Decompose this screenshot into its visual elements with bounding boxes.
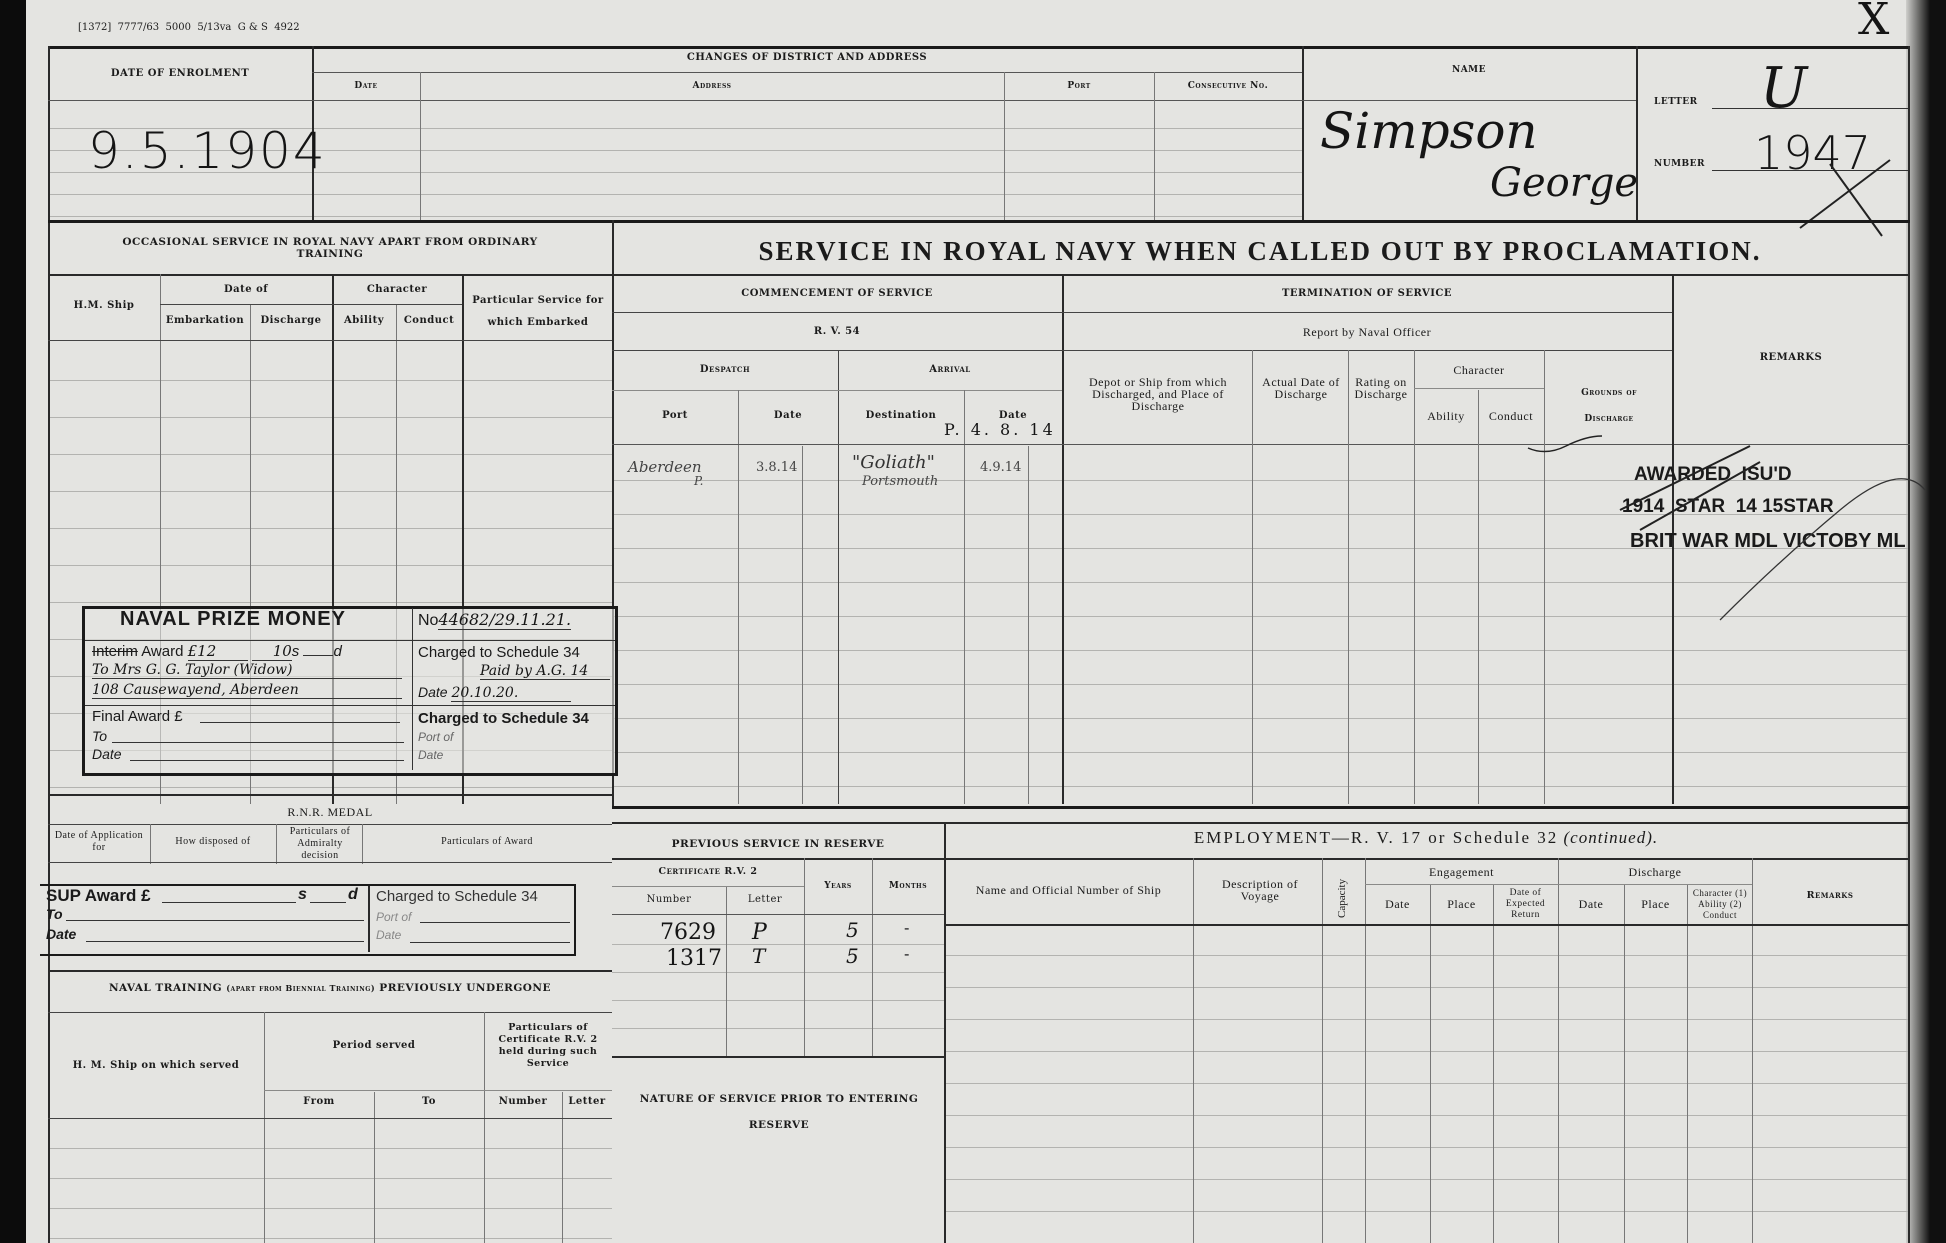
termination-title: TERMINATION OF SERVICE	[1062, 288, 1672, 300]
letter-value: U	[1760, 56, 1807, 121]
arrival-date: 4.9.14	[980, 460, 1021, 475]
prize-address-value: 108 Causewayend, Aberdeen	[92, 682, 402, 699]
sup-to-label: To	[46, 906, 63, 922]
naval-training-title: NAVAL TRAINING (apart from Biennial Trai…	[52, 982, 608, 994]
despatch-port-sub: P.	[694, 474, 703, 488]
sup-d-label: d	[348, 886, 358, 904]
prize-number: 44682/29.11.21.	[438, 610, 571, 630]
commencement-col-date: Date	[738, 410, 838, 422]
reserve-col-letter: Letter	[726, 894, 804, 906]
prize-to-value: To Mrs G. G. Taylor (Widow)	[92, 662, 402, 679]
charged-date-label: Date	[418, 684, 448, 700]
termination-col-rating: Rating on Discharge	[1350, 376, 1412, 400]
despatch-label: Despatch	[612, 364, 838, 376]
reserve-letter: P	[752, 920, 767, 945]
address-col-consecutive: Consecutive No.	[1154, 80, 1302, 92]
sup-charged-label: Charged to Schedule 34	[376, 888, 538, 905]
scan-edge-left	[0, 0, 26, 1243]
sup-award-label: SUP Award £	[46, 886, 151, 905]
cross-mark	[1790, 150, 1900, 240]
charged-date: 20.10.20.	[451, 685, 571, 702]
rnr-col-date: Date of Application for	[52, 830, 146, 854]
sup-date-label: Date	[46, 926, 76, 942]
commencement-title: COMMENCEMENT OF SERVICE	[612, 288, 1062, 300]
final-date-label-2: Date	[418, 748, 443, 762]
occ-col-ship: H.M. Ship	[48, 300, 160, 312]
training-col-cert: Particulars of Certificate R.V. 2 held d…	[488, 1022, 608, 1070]
occ-col-conduct: Conduct	[396, 315, 462, 327]
occ-col-particular: Particular Service for which Embarked	[468, 290, 608, 334]
termination-col-conduct: Conduct	[1478, 410, 1544, 422]
nature-of-service-title: NATURE OF SERVICE PRIOR TO ENTERING RESE…	[618, 1086, 940, 1138]
arrival-destination-sub: Portsmouth	[862, 474, 938, 489]
pence-label: d	[333, 643, 341, 660]
address-col-address: Address	[420, 80, 1004, 92]
termination-subtitle: Report by Naval Officer	[1062, 326, 1672, 338]
prize-money-title: NAVAL PRIZE MONEY	[120, 608, 346, 631]
award-label: Award	[141, 643, 183, 660]
occ-col-discharge: Discharge	[250, 315, 332, 327]
termination-col-character: Character	[1414, 364, 1544, 376]
final-charged-label: Charged to Schedule 34	[418, 710, 589, 727]
training-col-to: To	[374, 1096, 484, 1108]
reserve-col-months: Months	[872, 880, 944, 892]
final-to-label: To	[92, 728, 107, 744]
employment-title: EMPLOYMENT—R. V. 17 or Schedule 32 (cont…	[944, 828, 1908, 848]
occ-col-character: Character	[332, 284, 462, 296]
address-col-date: Date	[312, 80, 420, 92]
final-port-label: Port of	[418, 730, 453, 744]
paid-by: Paid by A.G. 14	[480, 663, 610, 680]
surname: Simpson	[1320, 102, 1538, 160]
address-changes-title: CHANGES OF DISTRICT AND ADDRESS	[312, 52, 1302, 64]
employment-col-eng-date: Date	[1365, 898, 1430, 910]
employment-col-remarks: Remarks	[1752, 890, 1908, 902]
employment-col-eng-place: Place	[1430, 898, 1493, 910]
reserve-years: 5	[846, 944, 859, 968]
employment-col-name: Name and Official Number of Ship	[944, 884, 1193, 896]
employment-col-capacity: Capacity	[1336, 879, 1348, 918]
rnr-col-disposed: How disposed of	[150, 836, 276, 848]
enrolment-label: DATE OF ENROLMENT	[48, 68, 312, 80]
termination-col-actual-date: Actual Date of Discharge	[1258, 376, 1344, 400]
remarks-label: REMARKS	[1672, 352, 1910, 364]
shillings-label: s	[292, 643, 300, 660]
training-col-from: From	[264, 1096, 374, 1108]
training-col-number: Number	[484, 1096, 562, 1108]
interim-label: Interim	[92, 643, 138, 660]
reserve-months: -	[904, 944, 909, 963]
sup-s-label: s	[298, 886, 307, 904]
employment-col-engagement: Engagement	[1365, 866, 1558, 878]
training-col-period: Period served	[264, 1040, 484, 1052]
reserve-col-number: Number	[612, 894, 726, 906]
termination-col-grounds: Grounds of Discharge	[1556, 380, 1662, 432]
reserve-number: 1317	[666, 946, 722, 971]
reserve-letter: T	[752, 944, 765, 968]
number-label: NUMBER	[1654, 158, 1705, 170]
interim-pounds: £12	[188, 642, 248, 661]
commencement-col-port: Port	[612, 410, 738, 422]
occ-col-date-of: Date of	[160, 284, 332, 296]
employment-col-dis-place: Place	[1624, 898, 1687, 910]
enrolment-date: 9.5.1904	[88, 122, 327, 180]
rnr-medal-title: R.N.R. MEDAL	[48, 806, 612, 818]
address-col-port: Port	[1004, 80, 1154, 92]
prize-number-label: No	[418, 612, 438, 629]
despatch-date: 3.8.14	[756, 460, 797, 475]
print-reference: [1372] 7777/63 5000 5/13va G & S 4922	[78, 22, 300, 33]
termination-col-ability: Ability	[1414, 410, 1478, 422]
employment-col-character: Character (1) Ability (2) Conduct	[1690, 888, 1750, 921]
termination-col-depot: Depot or Ship from which Discharged, and…	[1070, 376, 1246, 412]
arrival-destination: "Goliath"	[852, 452, 935, 473]
charged-schedule-label: Charged to Schedule 34	[418, 644, 580, 661]
corner-mark: X	[1858, 0, 1889, 45]
employment-col-expected: Date of Expected Return	[1493, 888, 1558, 921]
occ-col-ability: Ability	[332, 315, 396, 327]
reserve-months: -	[904, 918, 909, 937]
reserve-years: 5	[846, 918, 859, 942]
letter-label: LETTER	[1654, 96, 1698, 108]
commencement-subtitle: R. V. 54	[612, 326, 1062, 338]
forename: George	[1490, 160, 1638, 206]
name-label: NAME	[1302, 64, 1636, 76]
occ-col-embarkation: Embarkation	[160, 315, 250, 327]
employment-col-voyage: Description of Voyage	[1212, 878, 1308, 902]
rnr-col-award: Particulars of Award	[362, 836, 612, 848]
training-col-ship: H. M. Ship on which served	[48, 1060, 264, 1072]
training-col-letter: Letter	[562, 1096, 612, 1108]
sup-port-label: Port of	[376, 910, 411, 924]
commencement-annotation: P. 4. 8. 14	[944, 420, 1056, 439]
previous-reserve-title: PREVIOUS SERVICE IN RESERVE	[612, 838, 944, 850]
occasional-title: OCCASIONAL SERVICE IN ROYAL NAVY APART F…	[110, 236, 550, 260]
despatch-port: Aberdeen	[628, 458, 702, 476]
rnr-col-admiralty: Particulars of Admiralty decision	[280, 826, 360, 862]
final-date-label: Date	[92, 746, 122, 762]
interim-shillings: 10	[252, 642, 292, 661]
arrival-label: Arrival	[838, 364, 1062, 376]
reserve-col-years: Years	[804, 880, 872, 892]
reserve-cert-label: Certificate R.V. 2	[612, 866, 804, 878]
reserve-number: 7629	[660, 920, 716, 945]
employment-col-dis-date: Date	[1558, 898, 1624, 910]
proclamation-title: SERVICE IN ROYAL NAVY WHEN CALLED OUT BY…	[612, 236, 1908, 266]
final-award-label: Final Award £	[92, 708, 183, 725]
employment-col-discharge: Discharge	[1558, 866, 1752, 878]
sup-date-label-2: Date	[376, 928, 401, 942]
